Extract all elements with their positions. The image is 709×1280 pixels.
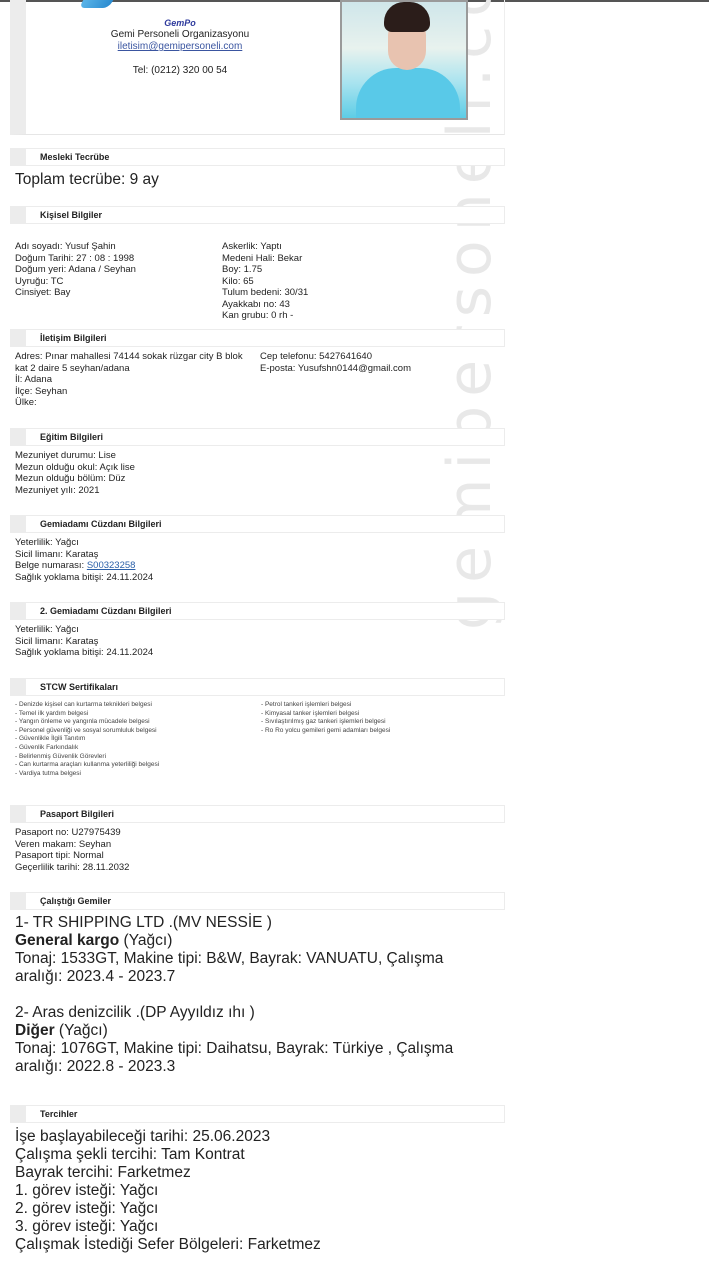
info-line: - Petrol tankeri işlemleri belgesi [261,701,390,710]
preferences-list: İşe başlayabileceği tarihi: 25.06.2023Ça… [10,1123,505,1254]
health-check: Sağlık yoklama bitişi: 24.11.2024 [15,572,505,584]
contact-info: Adres: Pınar mahallesi 74144 sokak rüzga… [10,347,505,409]
info-line: - Kimyasal tanker işlemleri belgesi [261,710,390,719]
section-seaman-book-2: 2. Gemiadamı Cüzdanı Bilgileri Yeterlili… [10,602,505,659]
ship-company: 2- Aras denizcilik .(DP Ayyıldız ıhı ) [15,1004,485,1022]
section-passport: Pasaport Bilgileri Pasaport no: U2797543… [10,805,505,873]
org-name: Gemi Personeli Organizasyonu [60,29,300,41]
info-line: - Güvenlik Farkındalık [15,744,261,753]
section-preferences: Tercihler İşe başlayabileceği tarihi: 25… [10,1105,505,1254]
seaman-book-2-info: Yeterlilik: YağcıSicil limanı: KarataşSa… [10,620,505,659]
qualification: Yeterlilik: Yağcı [15,537,505,549]
org-info: GemPo Gemi Personeli Organizasyonu ileti… [60,17,300,77]
total-experience: Toplam tecrübe: 9 ay [10,166,505,189]
ship-role: (Yağcı) [119,932,172,949]
info-line: Mezuniyet yılı: 2021 [15,485,505,497]
info-line: Sağlık yoklama bitişi: 24.11.2024 [15,647,505,659]
document-number-label: Belge numarası: [15,560,87,571]
info-line: - Denizde kişisel can kurtarma teknikler… [15,701,261,710]
info-line: - Temel ilk yardım belgesi [15,710,261,719]
info-line: Sicil limanı: Karataş [15,636,505,648]
info-line: Ayakkabı no: 43 [222,299,308,311]
logo-icon [79,0,114,8]
registry-port: Sicil limanı: Karataş [15,549,505,561]
info-line: Adı soyadı: Yusuf Şahin [15,241,222,253]
contact-right: Cep telefonu: 5427641640E-posta: Yusufsh… [260,351,411,409]
brand-name: GemPo [60,17,300,29]
info-line: İşe başlayabileceği tarihi: 25.06.2023 [15,1128,505,1146]
section-title: Kişisel Bilgiler [10,206,505,224]
ship-role: (Yağcı) [55,1022,108,1039]
stcw-right: - Petrol tankeri işlemleri belgesi- Kimy… [261,701,390,778]
section-title: Gemiadamı Cüzdanı Bilgileri [10,515,505,533]
info-line: - Can kurtarma araçları kullanma yeterli… [15,761,261,770]
info-line: Veren makam: Seyhan [15,839,505,851]
org-email-link[interactable]: iletisim@gemipersoneli.com [60,41,300,53]
info-line: Uyruğu: TC [15,276,222,288]
ship-type-role: Diğer (Yağcı) [15,1022,485,1040]
info-line: Mezun olduğu okul: Açık lise [15,462,505,474]
info-line: Mezuniyet durumu: Lise [15,450,505,462]
info-line: Tulum bedeni: 30/31 [222,287,308,299]
info-line: Geçerlilik tarihi: 28.11.2032 [15,862,505,874]
info-line: - Ro Ro yolcu gemileri gemi adamları bel… [261,727,390,736]
info-line: Ülke: [15,397,260,409]
stcw-left: - Denizde kişisel can kurtarma teknikler… [15,701,261,778]
seaman-book-info: Yeterlilik: Yağcı Sicil limanı: Karataş … [10,533,505,583]
info-line: - Güvenlikle İlgili Tanıtım [15,735,261,744]
info-line: - Sıvılaştırılmış gaz tankeri işlemleri … [261,718,390,727]
section-seaman-book: Gemiadamı Cüzdanı Bilgileri Yeterlilik: … [10,515,505,583]
section-title: Pasaport Bilgileri [10,805,505,823]
personal-left: Adı soyadı: Yusuf ŞahinDoğum Tarihi: 27 … [15,241,222,322]
stcw-list: - Denizde kişisel can kurtarma teknikler… [10,696,505,778]
info-line: Doğum Tarihi: 27 : 08 : 1998 [15,253,222,265]
info-line: Pasaport tipi: Normal [15,850,505,862]
personal-info: Adı soyadı: Yusuf ŞahinDoğum Tarihi: 27 … [10,224,505,322]
info-line: 2. görev isteği: Yağcı [15,1200,505,1218]
section-title: Eğitim Bilgileri [10,428,505,446]
section-stcw: STCW Sertifikaları - Denizde kişisel can… [10,678,505,778]
section-title: Mesleki Tecrübe [10,148,505,166]
info-line: Kan grubu: 0 rh - [222,310,308,322]
document-number-link[interactable]: S00323258 [87,560,136,571]
info-line: Cinsiyet: Bay [15,287,222,299]
passport-info: Pasaport no: U27975439Veren makam: Seyha… [10,823,505,873]
info-line: Bayrak tercihi: Farketmez [15,1164,505,1182]
photo-hair [384,2,430,32]
info-line: - Belirlenmiş Güvenlik Görevleri [15,753,261,762]
info-line: 3. görev isteği: Yağcı [15,1218,505,1236]
info-line: Askerlik: Yaptı [222,241,308,253]
section-title: Tercihler [10,1105,505,1123]
section-personal: Kişisel Bilgiler Adı soyadı: Yusuf Şahin… [10,206,505,322]
info-line: Pasaport no: U27975439 [15,827,505,839]
photo-shirt [356,68,460,120]
ship-type: Diğer [15,1022,55,1039]
section-title: Çalıştığı Gemiler [10,892,505,910]
info-line: kat 2 daire 5 seyhan/adana [15,363,260,375]
ship-company: 1- TR SHIPPING LTD .(MV NESSİE ) [15,914,485,932]
info-line: Yeterlilik: Yağcı [15,624,505,636]
education-info: Mezuniyet durumu: LiseMezun olduğu okul:… [10,446,505,496]
org-phone: Tel: (0212) 320 00 54 [60,65,300,77]
section-ships: Çalıştığı Gemiler 1- TR SHIPPING LTD .(M… [10,892,505,1094]
info-line: Mezun olduğu bölüm: Düz [15,473,505,485]
info-line: Boy: 1.75 [222,264,308,276]
ship-details: Tonaj: 1076GT, Makine tipi: Daihatsu, Ba… [15,1040,485,1076]
ship-type-role: General kargo (Yağcı) [15,932,485,950]
info-line: - Yangın önleme ve yangınla mücadele bel… [15,718,261,727]
info-line: İl: Adana [15,374,260,386]
info-line: Adres: Pınar mahallesi 74144 sokak rüzga… [15,351,260,363]
section-education: Eğitim Bilgileri Mezuniyet durumu: LiseM… [10,428,505,496]
candidate-photo [340,0,468,120]
document-number: Belge numarası: S00323258 [15,560,505,572]
ship-item: 2- Aras denizcilik .(DP Ayyıldız ıhı ) D… [15,1004,485,1076]
contact-left: Adres: Pınar mahallesi 74144 sokak rüzga… [15,351,260,409]
section-experience: Mesleki Tecrübe Toplam tecrübe: 9 ay [10,148,505,189]
info-line: Cep telefonu: 5427641640 [260,351,411,363]
info-line: Çalışmak İstediği Sefer Bölgeleri: Farke… [15,1236,505,1254]
personal-right: Askerlik: YaptıMedeni Hali: BekarBoy: 1.… [222,241,308,322]
ship-type: General kargo [15,932,119,949]
info-line: İlçe: Seyhan [15,386,260,398]
info-line: - Vardiya tutma belgesi [15,770,261,779]
info-line: 1. görev isteği: Yağcı [15,1182,505,1200]
info-line: Doğum yeri: Adana / Seyhan [15,264,222,276]
ship-details: Tonaj: 1533GT, Makine tipi: B&W, Bayrak:… [15,950,485,986]
section-title: STCW Sertifikaları [10,678,505,696]
info-line: E-posta: Yusufshn0144@gmail.com [260,363,411,375]
info-line: Kilo: 65 [222,276,308,288]
section-title: 2. Gemiadamı Cüzdanı Bilgileri [10,602,505,620]
ships-list: 1- TR SHIPPING LTD .(MV NESSİE ) General… [10,910,485,1076]
section-title: İletişim Bilgileri [10,329,505,347]
info-line: Medeni Hali: Bekar [222,253,308,265]
info-line: Çalışma şekli tercihi: Tam Kontrat [15,1146,505,1164]
section-contact: İletişim Bilgileri Adres: Pınar mahalles… [10,329,505,409]
ship-item: 1- TR SHIPPING LTD .(MV NESSİE ) General… [15,914,485,986]
